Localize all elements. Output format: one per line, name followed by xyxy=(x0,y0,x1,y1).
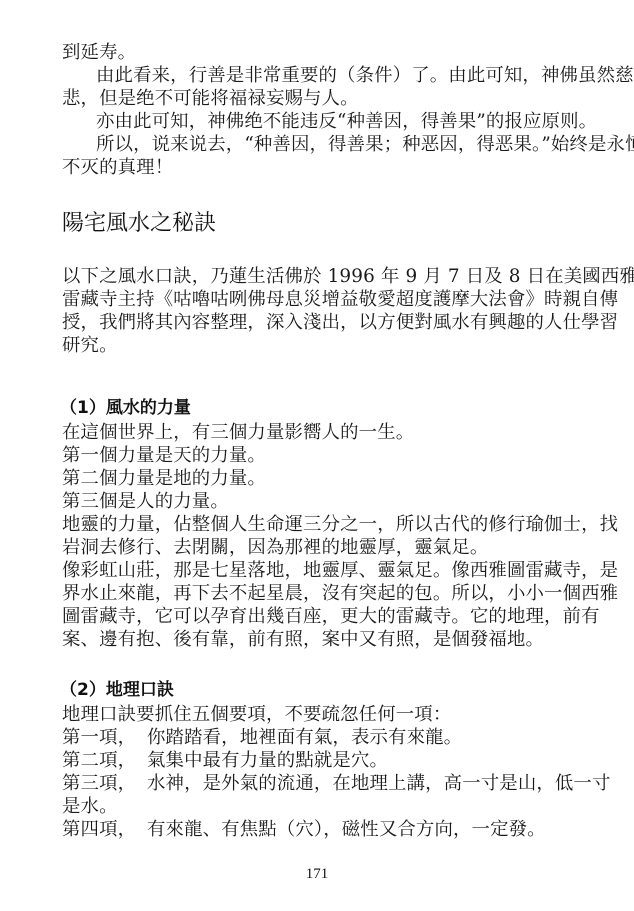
paragraph-line: 授，我們將其內容整理，深入淺出，以方便對風水有興趣的人仕學習 xyxy=(62,311,618,334)
paragraph-line: 亦由此可知，神佛绝不能违反“种善因，得善果”的报应原则。 xyxy=(96,110,597,133)
paragraph-line: 界水止來龍，再下去不起星晨，沒有突起的包。所以，小小一個西雅 xyxy=(62,582,618,605)
paragraph-line: 不灭的真理！ xyxy=(62,156,173,179)
list-item: 第二項， 氣集中最有力量的點就是穴。 xyxy=(62,749,588,772)
list-item-text: 你踏踏看，地裡面有氣，表示有來龍。 xyxy=(147,726,462,749)
paragraph-line: 地靈的力量，佔整個人生命運三分之一，所以古代的修行瑜伽士，找 xyxy=(62,513,618,536)
paragraph-line: 雷藏寺主持《咕嚕咕咧佛母息災增益敬愛超度護摩大法會》時親自傳 xyxy=(62,288,618,311)
list-item: 第四項， 有來龍、有焦點（穴），磁性又合方向，一定發。 xyxy=(62,818,588,841)
list-item-label: 第四項， xyxy=(62,818,136,841)
list-item: 第三項， 水神，是外氣的流通，在地理上講，高一寸是山，低一寸 xyxy=(62,772,588,795)
paragraph-line: 圖雷藏寺，它可以孕育出幾百座，更大的雷藏寺。它的地理，前有 xyxy=(62,605,600,628)
paragraph-line: 第一個力量是天的力量。 xyxy=(62,444,266,467)
paragraph-line: 在這個世界上，有三個力量影嚮人的一生。 xyxy=(62,421,414,444)
list-item-label: 第二項， xyxy=(62,749,136,772)
section-heading: （2）地理口訣 xyxy=(60,679,174,702)
paragraph-line: 到延寿。 xyxy=(62,41,136,64)
section-heading: （1）風水的力量 xyxy=(60,397,191,420)
paragraph-line: 由此看来，行善是非常重要的（条件）了。由此可知，神佛虽然慈 xyxy=(96,64,634,87)
page-number: 171 xyxy=(0,866,634,883)
list-item: 第一項， 你踏踏看，地裡面有氣，表示有來龍。 xyxy=(62,726,588,749)
paragraph-line: 第三個是人的力量。 xyxy=(62,490,229,513)
list-item-text: 有來龍、有焦點（穴），磁性又合方向，一定發。 xyxy=(147,818,546,841)
paragraph-line: 悲，但是绝不可能将福禄妄赐与人。 xyxy=(62,87,359,110)
list-item-label: 第一項， xyxy=(62,726,136,749)
list-item-text: 氣集中最有力量的點就是穴。 xyxy=(147,749,388,772)
paragraph-line: 像彩虹山莊，那是七星落地，地靈厚、靈氣足。像西雅圖雷藏寺，是 xyxy=(62,559,618,582)
list-item-continuation: 是水。 xyxy=(62,795,118,818)
paragraph-line: 第二個力量是地的力量。 xyxy=(62,467,266,490)
list-item-label: 第三項， xyxy=(62,772,136,795)
paragraph-line: 地理口訣要抓住五個要項，不要疏忽任何一項： xyxy=(62,703,451,726)
paragraph-line: 岩洞去修行、去閉關，因為那裡的地靈厚，靈氣足。 xyxy=(62,536,488,559)
paragraph-line: 以下之風水口訣，乃蓮生活佛於 1996 年 9 月 7 日及 8 日在美國西雅圖 xyxy=(62,265,634,288)
chapter-title: 陽宅風水之秘訣 xyxy=(62,210,216,238)
paragraph-line: 所以，说来说去，“种善因，得善果；种恶因，得恶果。”始终是永恒 xyxy=(96,133,634,156)
list-item-text: 水神，是外氣的流通，在地理上講，高一寸是山，低一寸 xyxy=(147,772,611,795)
paragraph-line: 研究。 xyxy=(62,334,118,357)
paragraph-line: 案、邊有抱、後有靠，前有照，案中又有照，是個發福地。 xyxy=(62,628,544,651)
